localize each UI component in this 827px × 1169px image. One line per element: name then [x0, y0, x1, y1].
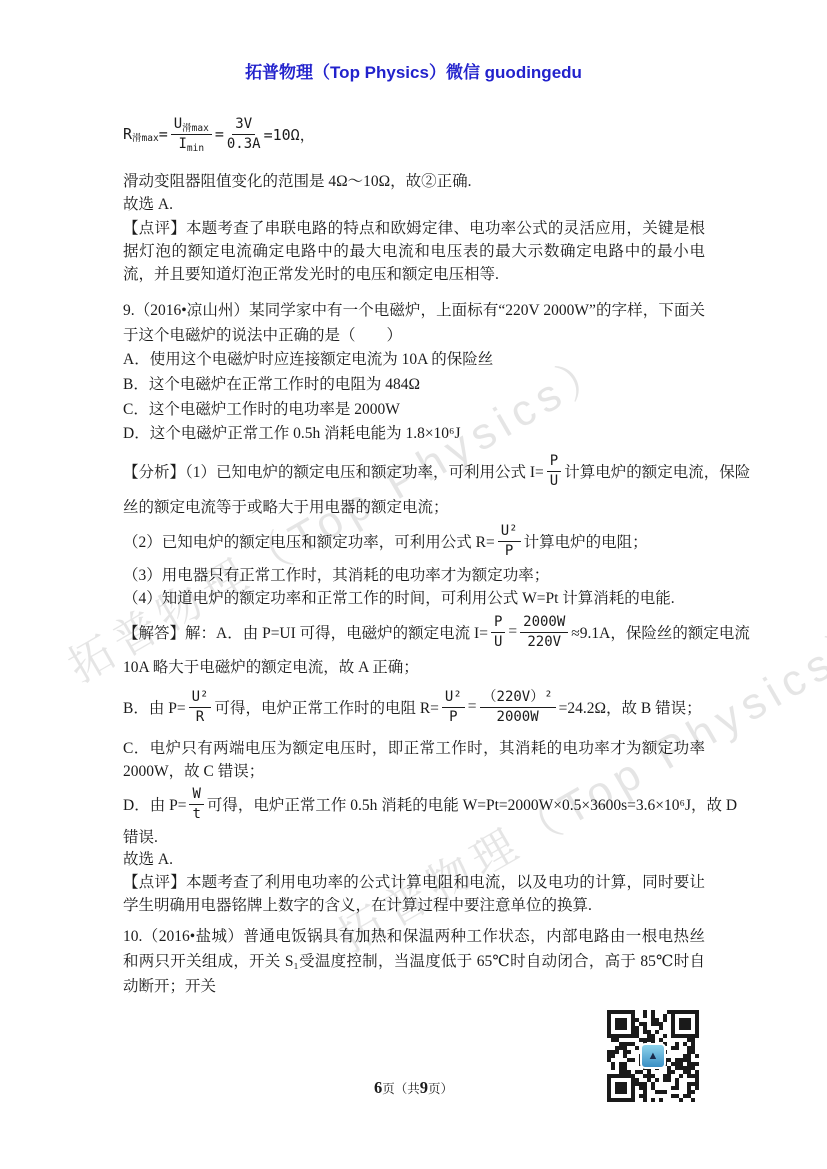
question9-option-a: A．使用这个电磁炉时应连接额定电流为 10A 的保险丝 [123, 347, 705, 372]
fraction-u2-over-p: U² P [498, 523, 521, 558]
question9-stem: 9.（2016•凉山州）某同学家中有一个电磁炉，上面标有“220V 2000W”… [123, 298, 705, 348]
page-header-title: 拓普物理（Top Physics）微信 guodingedu [0, 58, 827, 83]
solution8-range-line: 滑动变阻器阻值变化的范围是 4Ω～10Ω，故②正确. [123, 170, 705, 193]
answer-b-tail: =24.2Ω，故 B 错误； [559, 696, 702, 718]
fraction-p-over-u: P U [491, 614, 505, 649]
answer-line-c: C．电炉只有两端电压为额定电压时，即正常工作时，其消耗的电功率才为额定功率 20… [123, 737, 705, 783]
question9-option-d: D．这个电磁炉正常工作 0.5h 消耗电能为 1.8×10⁶J [123, 421, 705, 446]
equals-sign: = [508, 623, 517, 641]
page-footer: 6页（共9页） [0, 1078, 827, 1098]
answer-b-text: B．由 P= [123, 696, 186, 718]
wechat-logo-icon: ▲ [640, 1043, 666, 1069]
fraction-u2-over-p: U² P [442, 689, 465, 724]
analysis-2-tail: 计算电炉的电阻； [524, 530, 648, 552]
equals-sign: = [215, 125, 224, 143]
analysis-line-1: 【分析】（1）已知电炉的额定电压和额定功率，可利用公式 I= P U 计算电炉的… [123, 448, 723, 494]
answer-b-mid: 可得，电炉正常工作时的电阻 R= [214, 696, 438, 718]
formula-result: =10Ω， [264, 124, 315, 145]
analysis-line-3: （3）用电器只有正常工作时，其消耗的电功率才为额定功率； [123, 564, 705, 587]
analysis-1-tail: 计算电炉的额定电流，保险 [564, 460, 750, 482]
answer-line-b: B．由 P= U² R 可得，电炉正常工作时的电阻 R= U² P = （220… [123, 680, 723, 734]
fraction-u-over-i: U滑max Imin [171, 116, 212, 151]
answer-choice-line: 故选 A. [123, 848, 705, 871]
equals-sign: = [159, 125, 168, 143]
answer-a-tail: ≈9.1A，保险丝的额定电流 [571, 621, 750, 643]
current-page-number: 6 [374, 1078, 382, 1097]
analysis-1-text: 【分析】（1）已知电炉的额定电压和额定功率，可利用公式 I= [123, 460, 544, 482]
question9-comment: 【点评】本题考查了利用电功率的公式计算电阻和电流，以及电功的计算，同时要让学生明… [123, 871, 705, 917]
answer-d-tail: 可得，电炉正常工作 0.5h 消耗的电能 W=Pt=2000W×0.5×3600… [207, 793, 737, 815]
answer-line-d-cont: 错误. [123, 826, 705, 849]
answer-line-d: D．由 P= W t 可得，电炉正常工作 0.5h 消耗的电能 W=Pt=200… [123, 782, 723, 826]
fraction-2000w-over-220v: 2000W 220V [520, 614, 568, 649]
question10-stem: 10.（2016•盐城）普通电饭锅具有加热和保温两种工作状态，内部电路由一根电热… [123, 924, 705, 999]
analysis-2-text: （2）已知电炉的额定电压和额定功率，可利用公式 R= [123, 530, 495, 552]
analysis-line-4: （4）知道电炉的额定功率和正常工作的时间，可利用公式 W=Pt 计算消耗的电能. [123, 587, 705, 610]
fraction-p-over-u: P U [547, 453, 561, 488]
formula-lhs-sub: 滑max [132, 130, 159, 144]
fraction-u2-over-r: U² R [189, 689, 212, 724]
equals-sign: = [468, 698, 477, 716]
answer-d-text: D．由 P= [123, 793, 186, 815]
fraction-3v-over-03a: 3V 0.3A [227, 116, 261, 151]
total-page-number: 9 [420, 1078, 428, 1097]
question9-option-c: C．这个电磁炉工作时的电功率是 2000W [123, 397, 705, 422]
question9-option-b: B．这个电磁炉在正常工作时的电阻为 484Ω [123, 372, 705, 397]
solution8-choice-line: 故选 A. [123, 193, 705, 216]
fraction-220v2-over-2000w: （220V）² 2000W [480, 689, 556, 724]
rheostat-max-formula: R滑max = U滑max Imin = 3V 0.3A =10Ω， [123, 108, 723, 160]
answer-a-text: 【解答】解：A．由 P=UI 可得，电磁炉的额定电流 I= [123, 621, 488, 643]
answer-line-a-cont: 10A 略大于电磁炉的额定电流，故 A 正确； [123, 656, 705, 679]
answer-line-a: 【解答】解：A．由 P=UI 可得，电磁炉的额定电流 I= P U = 2000… [123, 608, 723, 656]
solution8-comment: 【点评】本题考查了串联电路的特点和欧姆定律、电功率公式的灵活应用，关键是根据灯泡… [123, 217, 705, 286]
formula-lhs: R [123, 125, 132, 143]
document-page: 拓普物理（Top Physics） 拓普物理（Top Physics） 拓普物理… [0, 0, 827, 1169]
fraction-w-over-t: W t [189, 786, 203, 821]
analysis-line-2: （2）已知电炉的额定电压和额定功率，可利用公式 R= U² P 计算电炉的电阻； [123, 516, 723, 566]
